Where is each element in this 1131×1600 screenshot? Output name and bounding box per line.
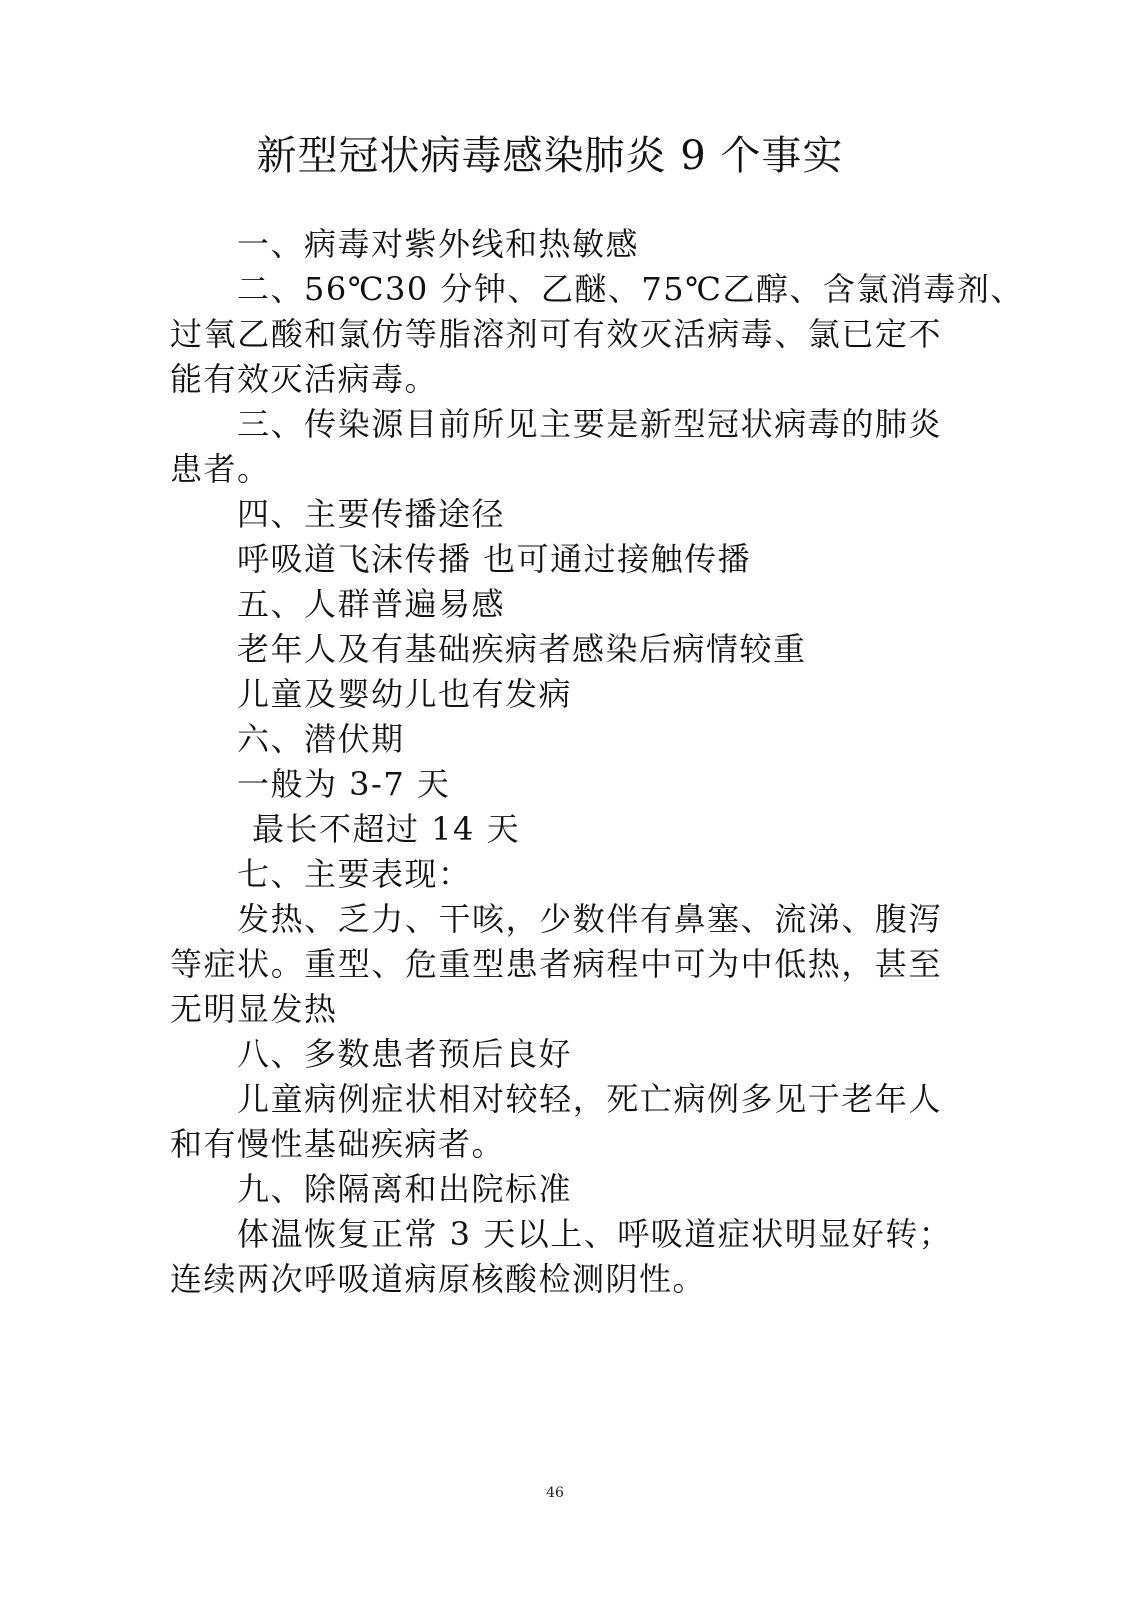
body-line: 等症状。重型、危重型患者病程中可为中低热，甚至 xyxy=(170,942,942,987)
body-line: 一般为 3-7 天 xyxy=(170,762,942,807)
page-number: 46 xyxy=(0,1484,1110,1502)
document-title: 新型冠状病毒感染肺炎 9 个事实 xyxy=(0,128,1100,184)
body-line: 六、潜伏期 xyxy=(170,717,942,762)
body-line: 无明显发热 xyxy=(170,987,942,1032)
body-line: 七、主要表现： xyxy=(170,852,942,897)
body-line: 九、除隔离和出院标准 xyxy=(170,1167,942,1212)
body-line: 能有效灭活病毒。 xyxy=(170,357,942,402)
body-line: 呼吸道飞沫传播 也可通过接触传播 xyxy=(170,537,942,582)
body-line: 过氧乙酸和氯仿等脂溶剂可有效灭活病毒、氯已定不 xyxy=(170,312,942,357)
body-line: 五、人群普遍易感 xyxy=(170,582,942,627)
body-line: 儿童病例症状相对较轻，死亡病例多见于老年人 xyxy=(170,1077,942,1122)
body-line: 患者。 xyxy=(170,447,942,492)
body-line: 三、传染源目前所见主要是新型冠状病毒的肺炎 xyxy=(170,402,942,447)
body-line: 最长不超过 14 天 xyxy=(170,807,942,852)
body-line: 儿童及婴幼儿也有发病 xyxy=(170,672,942,717)
body-line: 八、多数患者预后良好 xyxy=(170,1032,942,1077)
body-line: 四、主要传播途径 xyxy=(170,492,942,537)
body-line: 二、56℃30 分钟、乙醚、75℃乙醇、含氯消毒剂、 xyxy=(170,267,942,312)
body-line: 老年人及有基础疾病者感染后病情较重 xyxy=(170,627,942,672)
document-page: 新型冠状病毒感染肺炎 9 个事实 一、病毒对紫外线和热敏感 二、56℃30 分钟… xyxy=(0,0,1131,1600)
body-line: 和有慢性基础疾病者。 xyxy=(170,1122,942,1167)
body-line: 体温恢复正常 3 天以上、呼吸道症状明显好转； xyxy=(170,1212,942,1257)
body-line: 发热、乏力、干咳，少数伴有鼻塞、流涕、腹泻 xyxy=(170,897,942,942)
document-body: 一、病毒对紫外线和热敏感 二、56℃30 分钟、乙醚、75℃乙醇、含氯消毒剂、 … xyxy=(170,222,942,1302)
body-line: 连续两次呼吸道病原核酸检测阴性。 xyxy=(170,1257,942,1302)
body-line: 一、病毒对紫外线和热敏感 xyxy=(170,222,942,267)
